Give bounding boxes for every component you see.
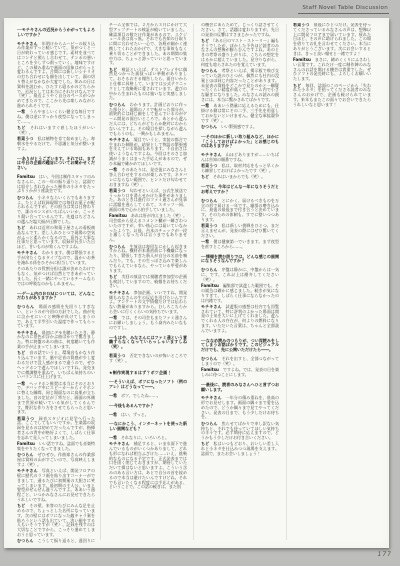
speaker-name: 若菜うつ — [293, 23, 314, 27]
paragraph: ちど その壁、来客のたびにみんな足を止めるので、ちょっとした名所になっています。… — [17, 504, 95, 538]
speaker-name: むつらん — [201, 198, 222, 203]
question-heading: ──最後に、読者のみなさんへひと言ずつお願いします。 — [201, 383, 279, 393]
paragraph: Famitsu あれは肝が冷えました（笑）。司会席から見えるコメント欄が一瞬ざわ… — [109, 214, 187, 243]
speaker-name: 若菜うつ — [201, 223, 222, 228]
paragraph: むつらん 序盤は静かに、中盤からは一気に、です。これ以上は勘弁してください（笑）… — [201, 268, 279, 282]
speaker-name: モチキさん — [109, 441, 134, 446]
paragraph: むつらん こうして振り返ると、遠回りに見えた試行錯誤もぜんぶ本編のどこかで生きて… — [17, 539, 95, 543]
text-column: チーム全体では、２月から３月にかけて大型アップデートの検証が続いていました。確認… — [109, 23, 187, 543]
paragraph: モチキさん 参加企画、いいですね。開発側もみなさんの生の反応を浴びたいんですよ。… — [109, 291, 187, 315]
speaker-name: ちど — [293, 83, 305, 88]
speaker-name: むつらん — [17, 304, 39, 309]
speaker-name: 一希 — [109, 167, 121, 172]
paragraph: 一希 ああいう熱量に応えるためにも、仕掛ける側は常にその二手、三手先を用意してお… — [201, 104, 279, 123]
speaker-name: 若菜うつ — [201, 163, 222, 168]
speaker-name: むつらん — [201, 124, 221, 129]
paragraph: 若菜うつ 匂わせといえば、公式生放送でうっかり口を滑らせかけた事件がありました。… — [109, 189, 187, 213]
paragraph: 一希 はい、ずっと。 — [109, 413, 187, 418]
question-heading: ──モチキさんの近況からうかがってもよろしいですか？ — [17, 28, 95, 38]
speaker-name: 一希 — [17, 381, 29, 386]
paragraph: 一希 そのあたりは、発売後にみなさんと答え合わせをするのが楽しみです。ネタバレに… — [109, 168, 187, 187]
speaker-name: Famitsu — [201, 283, 223, 288]
speaker-name: Famitsu — [293, 57, 315, 62]
question-heading: ──ななめ読みのつもりが、つい深読みをしてしまうお話ばかりです。このビジュアルだ… — [201, 339, 279, 353]
speaker-name: むつらん — [17, 195, 38, 200]
paragraph: 一希 うらやましいくらい健全な毎日ですね。僕は逆にすっかり夜型になってしまって…… — [17, 110, 95, 124]
speaker-name: むつらん — [201, 68, 222, 73]
question-heading: ──今後もあるんですか？ — [109, 404, 187, 409]
text-column: の機会にあらためて、じっくり話させてください。さて、話題は変わりますが、先日の発… — [201, 23, 279, 543]
speaker-name: 若菜うつ — [109, 353, 130, 358]
paragraph: モチキさん 補足すると、いま水面下で進んでいるものがいくつかありまして、どれも形… — [109, 442, 187, 490]
speaker-name: ちど — [109, 67, 121, 72]
paragraph: ちど それはいますぐ直したほうがいい（笑）。 — [17, 126, 95, 136]
paragraph: 若菜うつ 私は植物を育て始めました。毎朝水をやるだけで、不思議と気分が整いますよ… — [17, 137, 95, 151]
paragraph: ちど 毎回、誌面のこのページから「失われた小ネタ」を拾ってくださる読者のみなさん… — [293, 84, 371, 108]
section-banner: ★制作実現するはず？ボツ企画！ — [109, 371, 187, 376]
paragraph: 若菜うつ 私は新しい挑戦をひとつ。まだ言えませんが、発表の際にはぜひ驚いてくださ… — [201, 224, 279, 238]
speaker-name: Famitsu — [17, 174, 39, 179]
paragraph: チーム全体では、２月から３月にかけて大型アップデートの検証が続いていました。確認… — [109, 23, 187, 66]
speaker-name: モチキさん — [17, 41, 42, 46]
paragraph: Famitsu いい話ですね。誌面でも音楽特集をやりたくなってきました。 — [17, 442, 95, 452]
speaker-name: ちど — [201, 441, 213, 446]
paragraph: ちど 音の話でいうと、環境音もかなり作り込んでいます。風や足音の質感が少し変わる… — [17, 351, 95, 380]
paragraph: むつらん わかります。計画どおりに作った部分と、現場のノリで転がった部分が、最終… — [109, 103, 187, 137]
text-column: ──モチキさんの近況からうかがってもよろしいですか？モチキさん 年明けからムービ… — [17, 23, 95, 543]
paragraph: モチキさん わかります。僕は緊張すると手が冷たくなるタイプなので、温かいお茶を淹… — [17, 251, 95, 265]
paragraph: Famitsu ですよね。では、発表の日を楽しみに待つことにします。 — [201, 368, 279, 378]
paragraph: 若菜うつ 最後にひとつだけ。発表を待ってくださっているみなさんの声は、想像以上に… — [293, 23, 371, 57]
paragraph: むつらん それを出すと、全部つながってしまうので（笑）。 — [201, 357, 279, 367]
speaker-name: Famitsu — [201, 367, 223, 372]
paragraph: 一希 では、その司会もまたファミ通さんにお願いしましょう。もう身内みたいなもので… — [109, 316, 187, 330]
speaker-name: モチキさん — [201, 152, 226, 157]
paragraph: ちど 『ある日のマスト・ストーリー』編もそうでしたが、ぼかした予告ほど読者のみな… — [201, 39, 279, 68]
speaker-name: 一希 — [201, 239, 213, 244]
paragraph: モチキさん 境目でいうと、実装の都合で生まれた制限が、結果として物語の緊張感を支… — [109, 138, 187, 167]
speaker-name: ちど — [201, 38, 213, 43]
speaker-name: ちど — [17, 350, 29, 355]
speaker-name: むつらん — [201, 267, 222, 272]
question-heading: ──そのほかに新しい取り組みなど、ほかに「こうしておけばよかった」とお感じのもの… — [201, 135, 279, 149]
speaker-name: モチキさん — [17, 250, 42, 255]
speaker-name: ちど — [201, 174, 213, 179]
speaker-name: ちど — [17, 503, 29, 508]
paragraph: モチキさん 山ほどありますが……いちばんは告知の順番ですね。 — [201, 153, 279, 163]
paragraph: モチキさん 年明けからムービーの絞り込み作業がずっと続いていて、気がつくと一日が… — [17, 42, 95, 109]
question-heading: ──ありがとうございます。それでは、まずは今日の企画の趣旨についてお聞かせくださ… — [17, 157, 95, 171]
speaker-name: むつらん — [109, 244, 130, 249]
paragraph: ちど あれは近所の和菓子屋さんの看板商品なんです。差し入れひとつで現場の空気がふ… — [17, 226, 95, 250]
paragraph: ちど 次回の放送では視聴者参加型の企画も検討していますので、続報をお待ちください… — [109, 275, 187, 289]
running-header: Staff Novel Table Discussion — [298, 5, 389, 14]
paragraph: 一希 ヘッドホン推奨は本当にそのとおりで、デバッグ中にスピーカーからイヤホンに替… — [17, 382, 95, 416]
paragraph: むつらん いい緊張感ですよ。 — [201, 125, 279, 130]
speaker-name: モチキさん — [201, 395, 226, 400]
paragraph: むつらん とにかく、届けるべきものを万全の形で届ける一年です。細部の磨き込みに、… — [201, 199, 279, 223]
question-heading: ──もはや、みなさんにはファミ通という意識すらなくなっていらっしゃいますしね（笑… — [109, 336, 187, 350]
question-heading: ──そういえば、ボツになったソフト（例のアレ）はどうなって――。 — [109, 380, 187, 390]
magazine-page: ──モチキさんの近況からうかがってもよろしいですか？モチキさん 年明けからムービ… — [4, 18, 389, 548]
speaker-name: 一希 — [17, 109, 29, 114]
paragraph: の機会にあらためて、じっくり話させてください。さて、話題は変わりますが、先日の発… — [201, 23, 279, 37]
speaker-name: 若菜うつ — [17, 416, 39, 421]
scanned-magazine-page: { "meta": { "running_header": "Staff Nov… — [0, 0, 400, 566]
article-columns: ──モチキさんの近況からうかがってもよろしいですか？モチキさん 年明けからムービ… — [17, 23, 378, 544]
speaker-name: 一希 — [109, 315, 121, 320]
page-number: 177 — [378, 551, 392, 558]
speaker-name: モチキさん — [109, 290, 134, 295]
paragraph: むつらん 場面の感情を先回りしすぎない、というのが今回の方針でした。曲が先に泣か… — [17, 305, 95, 329]
speaker-name: むつらん — [17, 538, 38, 543]
speaker-name: 若菜うつ — [17, 136, 38, 141]
paragraph: むつらん 生放送は毎回なにかしら起きますからね。機材が本番直前に不機嫌になったり… — [109, 245, 187, 274]
speaker-name: むつらん — [17, 452, 38, 457]
paragraph: そのあたりの役割分担は誰が決めたわけでもなく、気がつけば自然とできあがっていまし… — [17, 267, 95, 286]
paragraph: 若菜うつ 否定できないのが怖いところです（笑）。 — [109, 354, 187, 364]
speaker-name: モチキさん — [17, 330, 42, 335]
paragraph: ちど 私はいつもどおり、おいしい差し入れと小ネタを仕込みつつ現場を支えます。誌面… — [201, 442, 279, 456]
paragraph: 一希 ボツ、でしたね……。 — [109, 394, 187, 399]
speaker-name: ちど — [17, 125, 30, 130]
paragraph: 若菜うつ 私は、取材対応をもっと早くから練習しておけばよかったです（笑）。 — [201, 164, 279, 174]
speaker-name: モチキさん — [17, 468, 42, 473]
paragraph: モチキさん 最初にデモを聴いたとき、静かなのに景色が浮かぶ曲ばかりで驚きました。… — [17, 331, 95, 350]
speaker-name: ちど — [109, 274, 121, 279]
text-column: 若菜うつ 最後にひとつだけ。発表を待ってくださっているみなさんの声は、想像以上に… — [293, 23, 371, 543]
speaker-name: 一希 — [109, 393, 121, 398]
question-heading: ──では、今年はどんな一年になりそうだとお考えですか？ — [201, 185, 279, 195]
question-heading: ──情報を読む限りでは、どんな感じの展開になりそうなんですか？ — [201, 255, 279, 265]
speaker-name: モチキさん — [109, 137, 134, 142]
speaker-name: 一希 — [109, 412, 121, 417]
paragraph: Famitsu 編集部で試遊した範囲でも、その緩急は確かに感じました。続きが気に… — [201, 284, 279, 303]
speaker-name: 一希 — [109, 435, 121, 440]
speaker-name: Famitsu — [109, 213, 131, 218]
paragraph: モチキさん 試遊版の感想は社内でも回覧されていて、特に評判のよかった場面は開発の… — [201, 305, 279, 334]
paragraph: Famitsu まさに、締めくくりにふさわしい言葉です。これだけ一度に制作陣のみ… — [293, 58, 371, 82]
paragraph: 若菜うつ 録音スタジオに見学へ行った話、ここでしてもいいですか。生楽器の収録を見… — [17, 417, 95, 441]
speaker-name: むつらん — [201, 356, 222, 361]
speaker-name: むつらん — [109, 102, 130, 107]
paragraph: むつらん ぜひぜひ。作曲家さんの作業部屋は資料の山がすごいので、写真映えしますよ… — [17, 453, 95, 467]
paragraph: モチキさん 写真といえば、開発フロアの壁に歴代のラフ画を貼り出すコーナーができま… — [17, 469, 95, 503]
speaker-name: 一希 — [201, 103, 213, 108]
paragraph: ちど 検証といえば、テストプレイ中に偶然見つかった裏技っぽい挙動がありまして。お… — [109, 68, 187, 102]
paragraph: Famitsu はい。今回は制作スタッフのみなさんに、この一年の振り返りと、誌面… — [17, 175, 95, 194]
paragraph: むつらん 考察といえば、掲示板で飛び交っていた説のひとつが、偶然にも社内の没案と… — [201, 69, 279, 103]
speaker-name: むつらん — [201, 421, 222, 426]
speaker-name: モチキさん — [201, 304, 226, 309]
question-heading: ──なにかこう、インターネットを使った新しい展開なども？ — [109, 422, 187, 432]
speaker-name: Famitsu — [17, 441, 39, 446]
paragraph: ちど それはいまからでも（笑）。 — [201, 175, 279, 180]
paragraph: 一希 僕は健康第一でいきます。まず夜型を直すところから……。 — [201, 240, 279, 250]
question-heading: ──ゲーム内のＢＧＭについては、どんなこだわりがありますか？ — [17, 292, 95, 302]
paragraph: むつらん 小ネタならいくらでもありますよ。たとえば収録現場では毎回お菓子が配られ… — [17, 196, 95, 225]
paragraph: モチキさん 一年分の積み重ねを、最高の形でお見せします。画面の隅々まで愛を込めた… — [201, 396, 279, 420]
speaker-name: 若菜うつ — [109, 188, 130, 193]
paragraph: むつらん 焦らせてばかりで申し訳ない気持ちと、それでも待っていてほしい気持ちの半… — [201, 422, 279, 441]
speaker-name: ちど — [17, 225, 29, 230]
